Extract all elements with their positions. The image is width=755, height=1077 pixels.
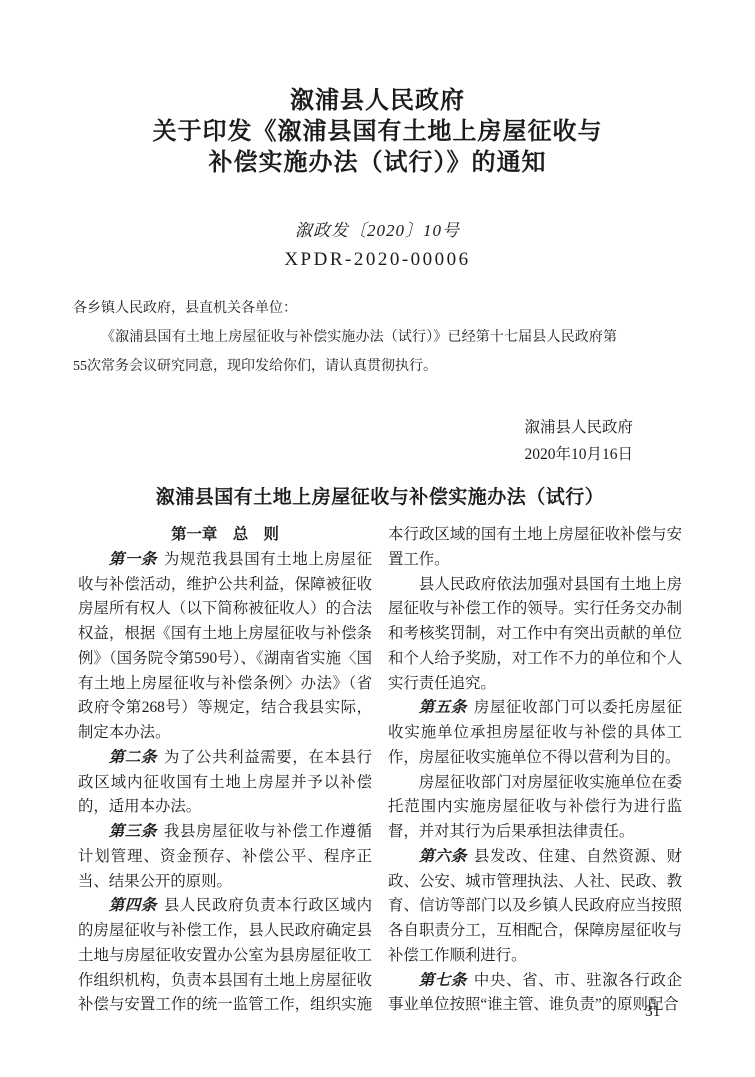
doc-title-line: 关于印发《溆浦县国有土地上房屋征收与 (0, 117, 755, 148)
page-number: 31 (645, 1002, 661, 1022)
paragraph-text: 为规范我县国有土地上房屋征收与补偿活动，维护公共利益，保障被征收房屋所有权人（以… (78, 551, 372, 741)
signature-block: 溆浦县人民政府 2020年10月16日 (524, 414, 633, 468)
article-label: 第七条 (419, 972, 467, 989)
notice-body: 《溆浦县国有土地上房屋征收与补偿实施办法（试行）》已经第十七届县人民政府第55次… (73, 323, 617, 381)
article-label: 第一条 (109, 551, 157, 568)
doc-title: 溆浦县人民政府 关于印发《溆浦县国有土地上房屋征收与 补偿实施办法（试行）》的通… (0, 86, 755, 179)
doc-number: 溆政发〔2020〕10号 (0, 219, 755, 243)
doc-title-line: 溆浦县人民政府 (0, 86, 755, 117)
measures-paragraph: 房屋征收部门对房屋征收实施单位在委托范围内实施房屋征收与补偿行为进行监督，并对其… (388, 771, 682, 845)
measures-paragraph: 第五条房屋征收部门可以委托房屋征收实施单位承担房屋征收与补偿的具体工作，房屋征收… (388, 696, 682, 770)
document-page: 溆浦县人民政府 关于印发《溆浦县国有土地上房屋征收与 补偿实施办法（试行）》的通… (0, 0, 755, 1077)
article-label: 第四条 (109, 897, 157, 914)
measures-paragraph: 第一章 总 则 (78, 523, 372, 548)
measures-columns: 第一章 总 则 第一条为规范我县国有土地上房屋征收与补偿活动，维护公共利益，保障… (78, 523, 682, 1024)
doc-header: 溆浦县人民政府 关于印发《溆浦县国有土地上房屋征收与 补偿实施办法（试行）》的通… (0, 86, 755, 273)
doc-title-line: 补偿实施办法（试行）》的通知 (0, 148, 755, 179)
article-label: 第二条 (109, 749, 157, 766)
measures-paragraph: 县人民政府依法加强对县国有土地上房屋征收与补偿工作的领导。实行任务交办制和考核奖… (388, 573, 682, 697)
measures-paragraph: 第一条为规范我县国有土地上房屋征收与补偿活动，维护公共利益，保障被征收房屋所有权… (78, 548, 372, 746)
doc-code: XPDR-2020-00006 (0, 247, 755, 273)
salutation: 各乡镇人民政府，县直机关各单位： (73, 294, 635, 323)
measures-paragraph: 第二条为了公共利益需要，在本县行政区域内征收国有土地上房屋并予以补偿的，适用本办… (78, 746, 372, 820)
measures-paragraph: 第六条县发改、住建、自然资源、财政、公安、城市管理执法、人社、民政、教育、信访等… (388, 845, 682, 969)
measures-section: 溆浦县国有土地上房屋征收与补偿实施办法（试行） 第一章 总 则 第一条为规范我县… (78, 487, 682, 1024)
measures-title: 溆浦县国有土地上房屋征收与补偿实施办法（试行） (78, 487, 682, 509)
paragraph-text: 第一章 总 则 (171, 526, 279, 543)
article-label: 第六条 (419, 848, 467, 865)
signature-org: 溆浦县人民政府 (524, 414, 633, 441)
paragraph-text: 县人民政府依法加强对县国有土地上房屋征收与补偿工作的领导。实行任务交办制和考核奖… (388, 576, 682, 692)
paragraph-text: 房屋征收部门对房屋征收实施单位在委托范围内实施房屋征收与补偿行为进行监督，并对其… (388, 774, 682, 841)
measures-paragraph: 第七条中央、省、市、驻溆各行政企事业单位按照“谁主管、谁负责”的原则配合 (388, 969, 682, 1019)
article-label: 第五条 (419, 699, 467, 716)
paragraph-text: 县发改、住建、自然资源、财政、公安、城市管理执法、人社、民政、教育、信访等部门以… (388, 848, 682, 964)
measures-paragraph: 第三条我县房屋征收与补偿工作遵循计划管理、资金预存、补偿公平、程序正当、结果公开… (78, 820, 372, 894)
notice-section: 各乡镇人民政府，县直机关各单位： 《溆浦县国有土地上房屋征收与补偿实施办法（试行… (73, 294, 635, 381)
signature-date: 2020年10月16日 (524, 441, 633, 468)
article-label: 第三条 (109, 823, 157, 840)
